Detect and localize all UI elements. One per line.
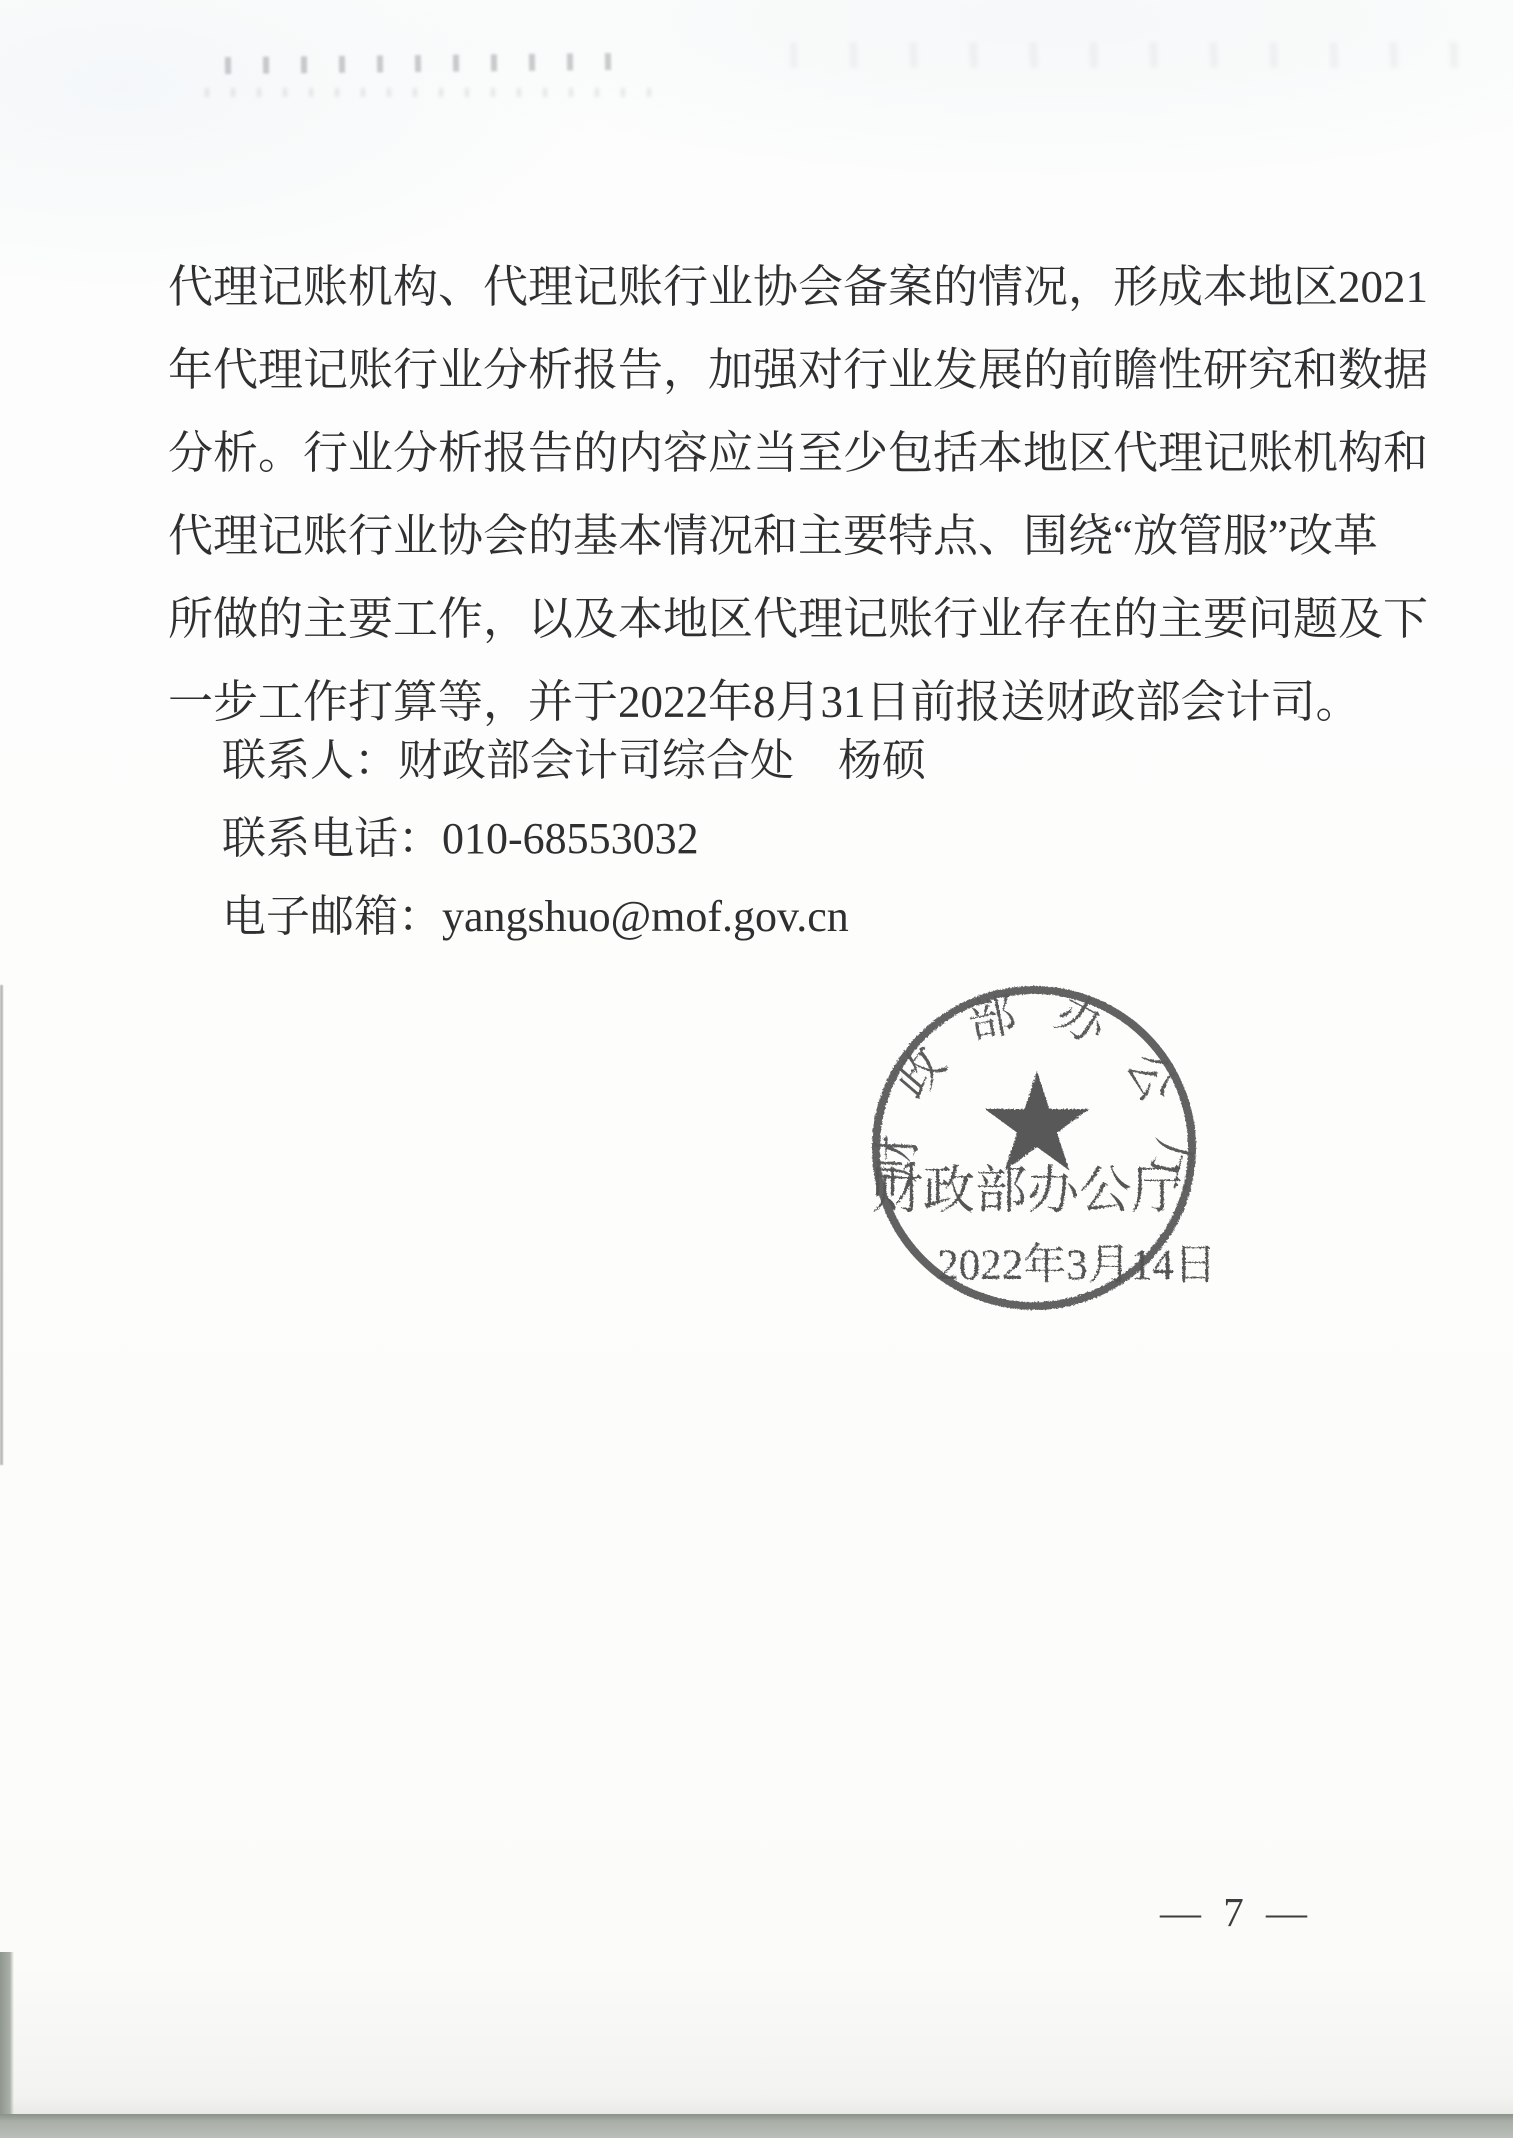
scan-noise-streak xyxy=(790,42,1490,68)
scan-edge-artifact xyxy=(0,985,3,1465)
scanned-document-page: 代理记账机构、代理记账行业协会备案的情况，形成本地区2021 年代理记账行业分析… xyxy=(0,0,1513,2138)
body-line: 年代理记账行业分析报告，加强对行业发展的前瞻性研究和数据 xyxy=(168,329,1334,412)
contact-email-line: 电子邮箱：yangshuo@mof.gov.cn xyxy=(222,878,926,956)
contact-person-line: 联系人：财政部会计司综合处 杨硕 xyxy=(222,722,926,800)
contact-phone-line: 联系电话：010-68553032 xyxy=(222,800,926,878)
body-line: 所做的主要工作，以及本地区代理记账行业存在的主要问题及下 xyxy=(168,578,1334,661)
body-line: 代理记账机构、代理记账行业协会备案的情况，形成本地区2021 xyxy=(168,246,1334,329)
page-number: — 7 — xyxy=(1160,1888,1313,1936)
body-line: 分析。行业分析报告的内容应当至少包括本地区代理记账机构和 xyxy=(168,412,1334,495)
official-seal-stamp: 财政部办公厅 财政部办公厅 2022年3月14日 xyxy=(867,976,1247,1336)
contact-info-block: 联系人：财政部会计司综合处 杨硕 联系电话：010-68553032 电子邮箱：… xyxy=(222,722,926,956)
body-paragraph: 代理记账机构、代理记账行业协会备案的情况，形成本地区2021 年代理记账行业分析… xyxy=(168,246,1334,744)
seal-star-icon xyxy=(985,1071,1090,1171)
seal-signer-text: 财政部办公厅 xyxy=(871,1163,1183,1220)
seal-date-text: 2022年3月14日 xyxy=(937,1241,1217,1289)
scan-noise-streak xyxy=(225,53,620,74)
body-line: 代理记账行业协会的基本情况和主要特点、围绕“放管服”改革 xyxy=(168,495,1334,578)
scan-edge-artifact xyxy=(0,1952,14,2138)
scan-noise-streak xyxy=(205,88,655,97)
scanner-backdrop-band xyxy=(0,2114,1513,2138)
